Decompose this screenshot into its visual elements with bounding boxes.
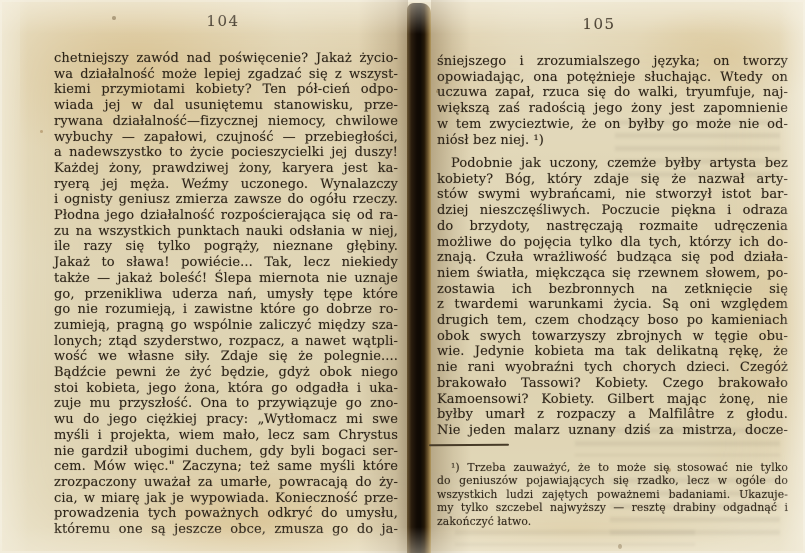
footnote-text: ¹) Trzeba zauważyć, że to może się stoso…	[437, 461, 788, 528]
text-line: lonych; ztąd szyderstwo, rozpacz, a nawe…	[54, 334, 398, 350]
text-line: w tem zwycieztwie, że on byłby go może n…	[437, 117, 788, 133]
text-line: prowadzenia tych poważnych odkryć do umy…	[54, 506, 398, 522]
text-line: wybuchy — zapałowi, czujność — przebiegł…	[54, 130, 398, 146]
text-line: a nadewszystko to życie pocieszycielki j…	[54, 145, 398, 161]
text-line: cia, w miarę jak je wypowiada. Konieczno…	[54, 491, 398, 507]
text-line: większą zaś radością jego żony jest zapo…	[437, 101, 788, 117]
text-line: śniejszego i zrozumialszego języka; on t…	[437, 54, 788, 70]
text-line: niem światła, miękcząca się rzewnem słow…	[437, 266, 788, 282]
text-line: zu na wszystkich punktach nauki odsłania…	[54, 224, 398, 240]
text-line: stoi kobieta, jego żona, która go odgadł…	[54, 381, 398, 397]
text-line: wiada jej w dal usuniętemu stanowisku, p…	[54, 98, 398, 114]
text-line: wu do jego ciężkiej pracy: „Wytłomacz mi…	[54, 412, 398, 428]
text-line: także — jakaż boleść! Ślepa miernota nie…	[54, 271, 398, 287]
text-line: Jakaż to sława! powiécie... Tak, lecz ni…	[54, 255, 398, 271]
spine-gutter	[407, 3, 431, 553]
text-line: zumieją, pragną go wspólnie zaliczyć mię…	[54, 318, 398, 334]
text-line: rywana działalność—fizycznej niemocy, ch…	[54, 114, 398, 130]
text-line: cem. Mów więc." Zaczyna; też same myśli …	[54, 459, 398, 475]
text-line: ryerą jej męża. Weźmy uczonego. Wynalazc…	[54, 177, 398, 193]
text-line: obok swych towarzyszy zbrojnych w tęgie …	[437, 329, 788, 345]
text-line: wie. Jedynie kobieta ma tak delikatną rę…	[437, 344, 788, 360]
text-line: byłby umarł z rozpaczy a Malfilâtre z gł…	[437, 407, 788, 423]
text-line: do geniuszów pojawiających się rzadko, l…	[437, 474, 788, 487]
text-line: go nie rozumieją, i zawistne które go do…	[54, 302, 398, 318]
text-line: brakowało Tassowi? Kobiety. Czego brakow…	[437, 376, 788, 392]
text-line: zostawia ich bezbronnych na zetknięcie s…	[437, 282, 788, 298]
showthrough-text	[455, 530, 695, 546]
text-line: możliwe do pojęcia tylko dla tych, którz…	[437, 235, 788, 251]
text-line: go, przenikliwa uderza nań, umysły tępe …	[54, 287, 398, 303]
text-line: chetniejszy zawód nad poświęcenie? Jakaż…	[54, 51, 398, 67]
right-page-paragraph-2: Podobnie jak uczony, czemże byłby artyst…	[437, 156, 788, 439]
left-page-text: chetniejszy zawód nad poświęcenie? Jakaż…	[54, 51, 398, 538]
book-scan: 104 105 chetniejszy zawód nad poświęceni…	[0, 0, 805, 553]
paper-speck	[40, 130, 43, 133]
text-line: Każdej żony, prawdziwej żony, karyera je…	[54, 161, 398, 177]
page-number-right: 105	[572, 15, 626, 33]
text-line: niósł bez niej. ¹)	[437, 133, 788, 149]
footnote-rule	[429, 444, 509, 447]
paper-speck	[618, 544, 622, 549]
text-line: myśli i projekta, wiem mało, lecz sam Ch…	[54, 428, 398, 444]
text-line: dziej nieszczęśliwych. Poczucie piękna i…	[437, 203, 788, 219]
paper-speck	[112, 16, 116, 20]
text-line: ¹) Trzeba zauważyć, że to może się stoso…	[437, 461, 788, 474]
page-number-left: 104	[196, 12, 250, 30]
text-line: my tylko szczebel najwyższy — resztę dra…	[437, 501, 788, 514]
text-line: stów swymi wybrańcami, nie stworzył isto…	[437, 187, 788, 203]
text-line: ile razy się tylko pogrąży, nieznane głę…	[54, 239, 398, 255]
text-line: nie rani wyobraźni tych chorych dzieci. …	[437, 360, 788, 376]
text-line: Płodna jego działalność rozpościerająca …	[54, 208, 398, 224]
text-line: nie gardził ubogimi duchem, gdy byli bog…	[54, 444, 398, 460]
text-line: drugich tem, czem chodzący boso po kamie…	[437, 313, 788, 329]
text-line: zakończyć łatwo.	[437, 515, 788, 528]
text-line: kiemi przymiotami kobiety? Ten pół-cień …	[54, 82, 398, 98]
text-line: Bądźcie pewni że żyć będzie, gdyż obok n…	[54, 365, 398, 381]
text-line: opowiadając, ona potężnieje słuchając. W…	[437, 70, 788, 86]
text-line: kobiety? Bóg, który zdaje się że nazwał …	[437, 172, 788, 188]
text-line: z twardemi warunkami życia. Są oni wzglę…	[437, 297, 788, 313]
text-line: zuje mu przyszłość. Ona to przywiązuje g…	[54, 396, 398, 412]
text-line: któremu one są jeszcze obce, zmusza go d…	[54, 522, 398, 538]
text-line: Kamoensowi? Kobiety. Gilbert mając żonę,…	[437, 392, 788, 408]
text-line: wszystkich ludzi zajętych poważnemi bada…	[437, 488, 788, 501]
text-line: znają. Czuła wrażliwość budząca się pod …	[437, 250, 788, 266]
text-line: zrozpaczony uważał za umarłe, powracają …	[54, 475, 398, 491]
text-line: Nie jeden malarz uznany dziś za mistrza,…	[437, 423, 788, 439]
text-line: i ognisty geniusz zmierza zawsze do ogół…	[54, 192, 398, 208]
text-line: Podobnie jak uczony, czemże byłby artyst…	[437, 156, 788, 172]
text-line: do brzydoty, nastręczają rozmaite udręcz…	[437, 219, 788, 235]
text-line: wa działalność może lepiej zgadzać się z…	[54, 67, 398, 83]
text-line: uczuwa zapał, rzuca się do walki, tryumf…	[437, 85, 788, 101]
text-line: wość we własne siły. Zdaje się że polegn…	[54, 349, 398, 365]
right-page-paragraph-1: śniejszego i zrozumialszego języka; on t…	[437, 54, 788, 148]
